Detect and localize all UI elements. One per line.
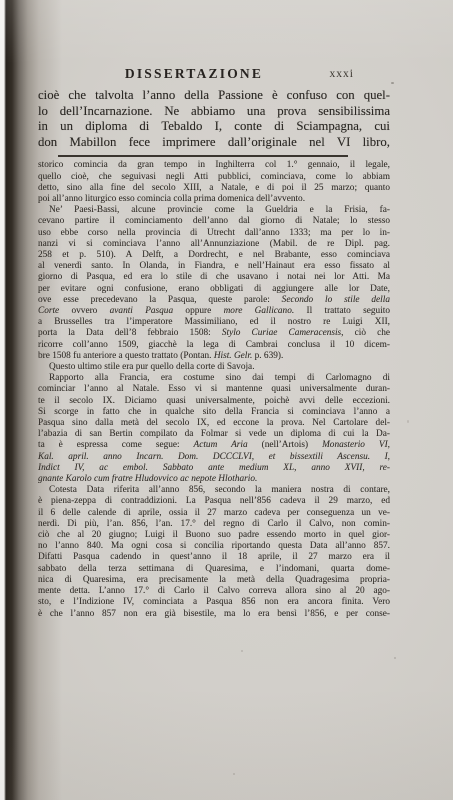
text-segment: ove esse precedevano la Pasqua, queste p… [38,295,282,305]
main-text-block: cioè che talvolta l’anno della Passione … [38,88,390,150]
italic-text-segment: Secondo lo stile della [282,295,390,305]
text-line: Pasqua sino dalla metà del secolo IX, ed… [38,418,390,429]
text-segment: uso ebbe corso nella provincia di Utrech… [38,228,390,238]
text-line: Difatti Pasqua cadendo in quest’anno il … [38,552,390,563]
text-segment: è piena-zeppa di contraddizioni. La Pasq… [38,496,390,506]
italic-text-segment: Indict IV, ac embol. Sabbato ante medium… [38,463,390,473]
text-line: Rapporto alla Francia, era costume sino … [38,373,390,384]
italic-text-segment: Hist. Gelr. [214,351,252,361]
text-segment: (nell’Artois) [248,440,322,450]
italic-text-segment: Actum Aria [194,440,248,450]
text-segment: ovvero [59,306,109,316]
paper-speck [407,420,409,423]
running-header: DISSERTAZIONE xxxi [38,66,390,84]
text-line: te il secolo IX. Diciamo quasi universal… [38,396,390,407]
text-segment: 258 et p. 510). A Delft, a Dordrecht, e … [38,250,390,260]
text-line: Questo ultimo stile era pur quello della… [38,362,390,373]
text-line: è piena-zeppa di contraddizioni. La Pasq… [38,496,390,507]
italic-text-segment: Monasterio VI, [322,440,390,450]
page-body: DISSERTAZIONE xxxi cioè che talvolta l’a… [38,66,390,620]
text-line: mente detta. L’anno 17.° di Carlo il Cal… [38,586,390,597]
text-segment: Rapporto alla Francia, era costume sino … [49,373,390,383]
text-line: bre 1508 fu anteriore a questo trattato … [38,351,390,362]
text-line: poi all’anno liturgico esso comincia col… [38,194,390,205]
text-line: Ne’ Paesi-Bassi, alcune provincie come l… [38,205,390,216]
italic-text-segment: gnante Karolo cum fratre Hludovvico ac n… [38,474,257,484]
text-segment: Difatti Pasqua cadendo in quest’anno il … [38,552,390,562]
text-line: nanzi vi si cominciava l’anno all’Annunz… [38,239,390,250]
page-header-title: DISSERTAZIONE [38,66,350,82]
italic-text-segment: Kal. april. anno Incarn. Dom. DCCCLVI, e… [38,452,390,462]
text-line: ciò che al 20 giugno; Luigi il Buono suo… [38,530,390,541]
text-segment: giorno di Pasqua, ed era lo stile di che… [38,272,390,282]
text-line: nerdì. Di più, l’an. 856, l’an. 17.° del… [38,519,390,530]
text-line: Kal. april. anno Incarn. Dom. DCCCLVI, e… [38,452,390,463]
text-segment: Si scorge in fatto che in qualche sito d… [38,407,390,417]
text-segment: nerdì. Di più, l’an. 856, l’an. 17.° del… [38,519,390,529]
text-line: 258 et p. 510). A Delft, a Dordrecht, e … [38,250,390,261]
text-line: per evitare ogni confusione, erano obbli… [38,284,390,295]
text-line: sto, e l’Indizione IV, cominciata a Pasq… [38,597,390,608]
text-segment: don Mabillon fece imprimere dall’origina… [38,135,390,149]
text-line: storico comincia da gran tempo in Inghil… [38,160,390,171]
text-segment: al venerdì santo. In Olanda, in Fiandra,… [38,261,390,271]
text-line: no l’anno 840. Ma ogni cosa si concilia … [38,541,390,552]
text-segment: sabbato della terza settimana di Quaresi… [38,564,390,574]
italic-text-segment: avanti Pasqua [110,306,173,316]
text-line: gnante Karolo cum fratre Hludovvico ac n… [38,474,390,485]
text-line: quello cioè, che seguivasi negli Atti pu… [38,172,390,183]
paper-speck [233,773,235,775]
text-segment: quello cioè, che seguivasi negli Atti pu… [38,172,390,182]
text-line: detto, sino alla fine del secolo XIII, a… [38,183,390,194]
text-line: porta la Data dell’8 febbraio 1508: Styl… [38,328,390,339]
text-line: è che l’anno 857 non era già bisestile, … [38,609,390,620]
text-segment: storico comincia da gran tempo in Inghil… [38,160,390,170]
text-line: Corte ovvero avanti Pasqua oppure more G… [38,306,390,317]
italic-text-segment: more Gallicano. [224,306,295,316]
text-line: al venerdì santo. In Olanda, in Fiandra,… [38,261,390,272]
text-segment: sto, e l’Indizione IV, cominciata a Pasq… [38,597,390,607]
text-line: Si scorge in fatto che in qualche sito d… [38,407,390,418]
text-line: ove esse precedevano la Pasqua, queste p… [38,295,390,306]
text-segment: a Brusselles tra l’imperatore Massimilia… [38,317,390,327]
text-segment: bre 1508 fu anteriore a questo trattato … [38,351,214,361]
text-segment: è che l’anno 857 non era già bisestile, … [38,609,390,619]
footnote-separator [58,155,348,157]
text-segment: per evitare ogni confusione, erano obbli… [38,284,390,294]
italic-text-segment: Stylo Curiae Cameracensis [222,328,341,338]
text-segment: il 6 delle calende di aprile, ossia il 2… [38,508,390,518]
paper-speck [391,82,394,84]
text-line: l’abazia di san Bertin compilato da Folm… [38,429,390,440]
page-number: xxxi [330,68,354,80]
text-line: a Brusselles tra l’imperatore Massimilia… [38,317,390,328]
footnote-block: storico comincia da gran tempo in Inghil… [38,160,390,619]
text-line: sabbato della terza settimana di Quaresi… [38,564,390,575]
text-segment: lo dell’Incarnazione. Ne abbiamo una pro… [38,104,390,118]
text-segment: cevano partire il cominciamento dell’ann… [38,216,390,226]
text-segment: no l’anno 840. Ma ogni cosa si concilia … [38,541,390,551]
text-segment: nanzi vi si cominciava l’anno all’Annunz… [38,239,390,249]
scanned-book-page: DISSERTAZIONE xxxi cioè che talvolta l’a… [0,0,453,800]
text-segment: p. 639). [252,351,283,361]
text-segment: ciò che al 20 giugno; Luigi il Buono suo… [38,530,390,540]
italic-text-segment: Corte [38,306,59,316]
text-segment: Questo ultimo stile era pur quello della… [49,362,255,372]
text-line: ricorre coll’anno 1509, giacchè la lega … [38,340,390,351]
text-line: il 6 delle calende di aprile, ossia il 2… [38,508,390,519]
text-segment: Il trattato seguito [294,306,390,316]
text-line: uso ebbe corso nella provincia di Utrech… [38,228,390,239]
text-segment: te il secolo IX. Diciamo quasi universal… [38,396,390,406]
text-line: lo dell’Incarnazione. Ne abbiamo una pro… [38,104,390,120]
text-segment: poi all’anno liturgico esso comincia col… [38,194,305,204]
text-line: cevano partire il cominciamento dell’ann… [38,216,390,227]
text-line: Cotesta Data riferita all’anno 856, seco… [38,485,390,496]
text-line: nica di Quaresima, era precisamente la m… [38,575,390,586]
text-segment: porta la Data dell’8 febbraio 1508: [38,328,222,338]
text-segment: Ne’ Paesi-Bassi, alcune provincie come l… [49,205,390,215]
text-line: ta è espressa come segue: Actum Aria (ne… [38,440,390,451]
paper-speck [241,650,243,652]
text-segment: detto, sino alla fine del secolo XIII, a… [38,183,390,193]
text-line: cioè che talvolta l’anno della Passione … [38,88,390,104]
text-segment: oppure [173,306,223,316]
text-line: in un diploma di Tebaldo I, conte di Sci… [38,119,390,135]
text-segment: cioè che talvolta l’anno della Passione … [38,88,390,102]
text-line: cominciar l’anno al Natale. Esso vi si m… [38,384,390,395]
text-segment: l’abazia di san Bertin compilato da Folm… [38,429,390,439]
text-segment: ricorre coll’anno 1509, giacchè la lega … [38,340,390,350]
text-segment: Pasqua sino dalla metà del secolo IX, ed… [38,418,390,428]
text-line: don Mabillon fece imprimere dall’origina… [38,135,390,151]
text-line: giorno di Pasqua, ed era lo stile di che… [38,272,390,283]
text-segment: cominciar l’anno al Natale. Esso vi si m… [38,384,390,394]
text-segment: Cotesta Data riferita all’anno 856, seco… [49,485,390,495]
paper-speck [394,657,396,659]
text-segment: in un diploma di Tebaldo I, conte di Sci… [38,119,390,133]
text-line: Indict IV, ac embol. Sabbato ante medium… [38,463,390,474]
text-segment: , ciò che [341,328,390,338]
text-segment: ta è espressa come segue: [38,440,194,450]
text-segment: mente detta. L’anno 17.° di Carlo il Cal… [38,586,390,596]
text-segment: nica di Quaresima, era precisamente la m… [38,575,390,585]
